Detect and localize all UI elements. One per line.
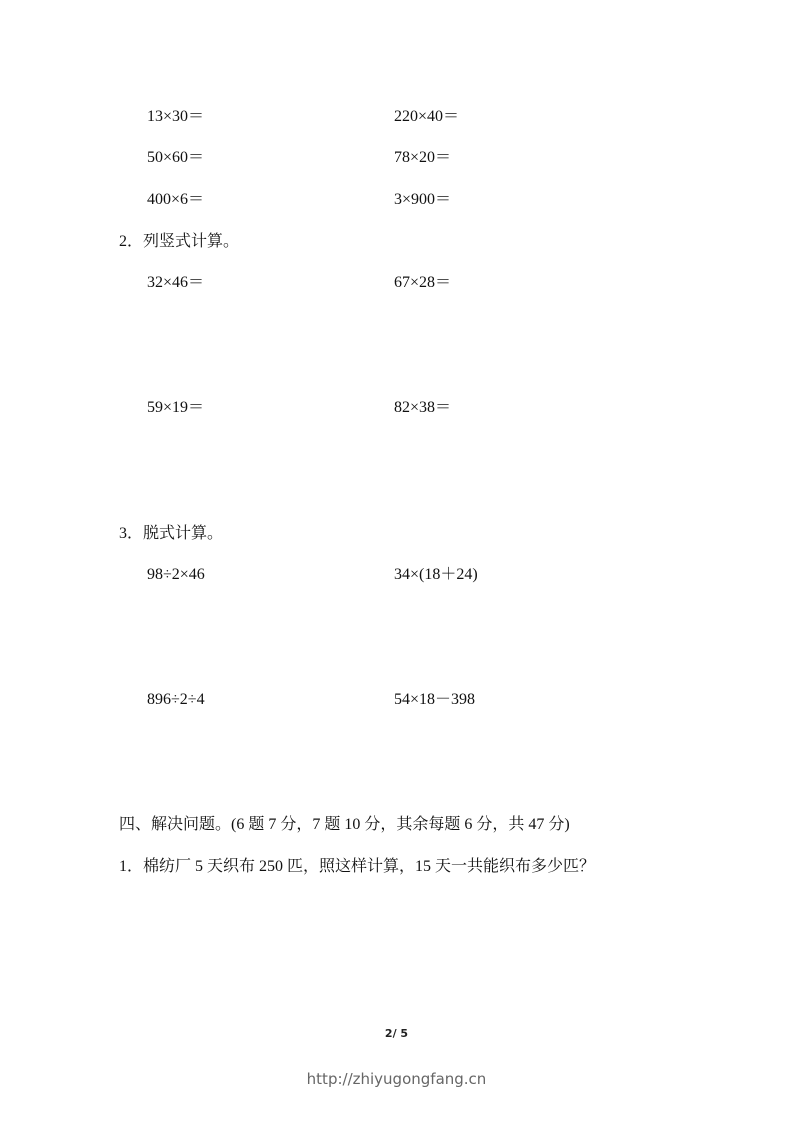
problem: 67×28＝ bbox=[394, 273, 451, 293]
problem: 82×38＝ bbox=[394, 398, 451, 418]
section-title: 3．脱式计算。 bbox=[119, 524, 223, 544]
problem: 54×18－398 bbox=[394, 690, 475, 710]
problem: 896÷2÷4 bbox=[147, 690, 205, 710]
problem: 78×20＝ bbox=[394, 148, 451, 168]
problem: 32×46＝ bbox=[147, 273, 204, 293]
problem: 59×19＝ bbox=[147, 398, 204, 418]
problem: 13×30＝ bbox=[147, 107, 204, 127]
section-title: 四、解决问题。(6 题 7 分，7 题 10 分，其余每题 6 分，共 47 分… bbox=[119, 815, 570, 835]
page-number: 2/ 5 bbox=[0, 1027, 793, 1040]
problem: 98÷2×46 bbox=[147, 565, 205, 585]
section-title: 2．列竖式计算。 bbox=[119, 232, 239, 252]
problem: 34×(18＋24) bbox=[394, 565, 478, 585]
problem: 3×900＝ bbox=[394, 190, 451, 210]
problem: 220×40＝ bbox=[394, 107, 459, 127]
problem: 400×6＝ bbox=[147, 190, 204, 210]
question: 1．棉纺厂 5 天织布 250 匹，照这样计算，15 天一共能织布多少匹？ bbox=[119, 857, 595, 877]
problem: 50×60＝ bbox=[147, 148, 204, 168]
footer-url: http://zhiyugongfang.cn bbox=[0, 1070, 793, 1088]
